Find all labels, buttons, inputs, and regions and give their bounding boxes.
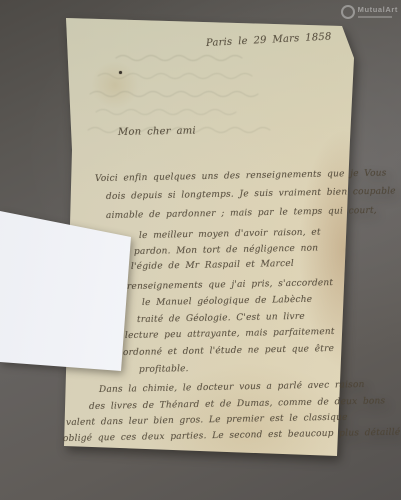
watermark-label: MutualArt xyxy=(358,6,398,14)
letter-photo: Paris le 29 Mars 1858 Mon cher ami Voici… xyxy=(0,0,401,500)
watermark: MutualArt xyxy=(341,5,398,19)
watermark-logo-icon xyxy=(341,5,355,19)
white-cover-sheet xyxy=(0,0,401,500)
white-cover-paper xyxy=(0,0,401,500)
watermark-tagline-bar xyxy=(358,16,392,18)
